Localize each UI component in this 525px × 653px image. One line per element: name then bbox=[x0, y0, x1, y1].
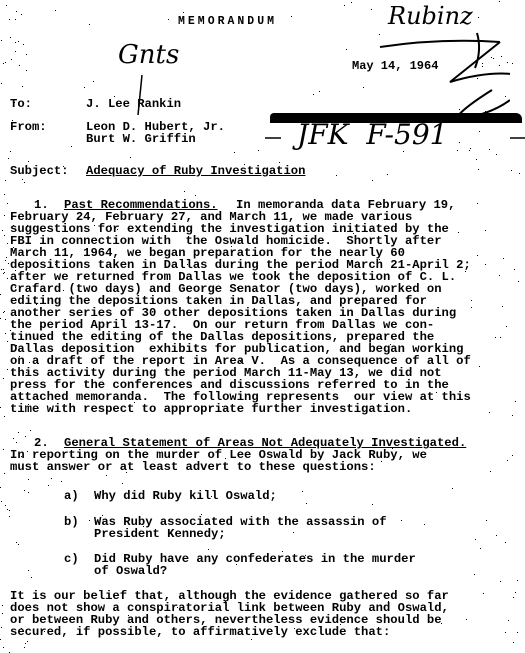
to-label: To: bbox=[10, 98, 32, 110]
noise-speck bbox=[3, 273, 4, 274]
noise-speck bbox=[0, 639, 1, 640]
noise-speck bbox=[5, 260, 6, 261]
noise-speck bbox=[499, 1, 500, 2]
noise-speck bbox=[458, 232, 459, 233]
noise-speck bbox=[4, 215, 5, 216]
noise-speck bbox=[506, 326, 507, 327]
noise-speck bbox=[372, 180, 373, 181]
noise-speck bbox=[244, 164, 245, 165]
noise-speck bbox=[240, 361, 241, 362]
noise-speck bbox=[4, 272, 5, 273]
noise-speck bbox=[490, 471, 491, 472]
noise-speck bbox=[225, 458, 226, 459]
noise-speck bbox=[379, 259, 380, 260]
noise-speck bbox=[401, 520, 402, 521]
from-sender-2: Burt W. Griffin bbox=[86, 133, 196, 145]
noise-speck bbox=[15, 591, 16, 592]
noise-speck bbox=[251, 639, 252, 640]
noise-speck bbox=[128, 615, 129, 616]
noise-speck bbox=[503, 258, 504, 259]
noise-speck bbox=[222, 406, 223, 407]
noise-speck bbox=[282, 551, 283, 552]
noise-speck bbox=[294, 628, 295, 629]
noise-speck bbox=[126, 472, 127, 473]
noise-speck bbox=[363, 87, 364, 88]
noise-speck bbox=[356, 299, 357, 300]
noise-speck bbox=[424, 524, 425, 525]
noise-speck bbox=[293, 532, 294, 533]
noise-speck bbox=[18, 544, 19, 545]
noise-speck bbox=[7, 243, 8, 244]
noise-speck bbox=[7, 278, 8, 279]
noise-speck bbox=[495, 337, 496, 338]
noise-speck bbox=[5, 505, 6, 506]
noise-speck bbox=[482, 66, 483, 67]
noise-speck bbox=[505, 542, 506, 543]
noise-speck bbox=[208, 549, 209, 550]
noise-speck bbox=[19, 356, 20, 357]
noise-speck bbox=[272, 122, 273, 123]
noise-speck bbox=[21, 456, 22, 457]
noise-speck bbox=[3, 269, 4, 270]
noise-speck bbox=[447, 19, 448, 20]
noise-speck bbox=[507, 62, 508, 63]
noise-speck bbox=[379, 34, 380, 35]
noise-speck bbox=[19, 65, 20, 66]
noise-speck bbox=[7, 203, 8, 204]
noise-speck bbox=[28, 570, 29, 571]
noise-speck bbox=[14, 102, 15, 103]
noise-speck bbox=[478, 169, 479, 170]
noise-speck bbox=[6, 257, 7, 258]
file-number-dashes-icon bbox=[265, 133, 525, 143]
subject-label: Subject: bbox=[10, 165, 69, 177]
noise-speck bbox=[23, 295, 24, 296]
noise-speck bbox=[29, 289, 30, 290]
question-b-text: President Kennedy; bbox=[94, 528, 226, 540]
noise-speck bbox=[499, 65, 500, 66]
noise-speck bbox=[505, 632, 506, 633]
noise-speck bbox=[7, 341, 8, 342]
noise-speck bbox=[496, 154, 497, 155]
noise-speck bbox=[55, 10, 56, 11]
noise-speck bbox=[306, 503, 307, 504]
noise-speck bbox=[0, 318, 1, 319]
noise-speck bbox=[477, 203, 478, 204]
noise-speck bbox=[474, 574, 475, 575]
noise-speck bbox=[319, 91, 320, 92]
noise-speck bbox=[491, 57, 492, 58]
noise-speck bbox=[507, 460, 508, 461]
noise-speck bbox=[299, 597, 300, 598]
noise-speck bbox=[313, 94, 314, 95]
noise-speck bbox=[379, 598, 380, 599]
noise-speck bbox=[15, 51, 16, 52]
noise-speck bbox=[0, 294, 1, 295]
closing-line: secured, if possible, to affirmatively e… bbox=[10, 626, 390, 638]
noise-speck bbox=[483, 593, 484, 594]
noise-speck bbox=[353, 233, 354, 234]
noise-speck bbox=[452, 488, 453, 489]
noise-speck bbox=[195, 195, 196, 196]
noise-speck bbox=[517, 632, 518, 633]
question-a-marker: a) bbox=[64, 490, 79, 502]
noise-speck bbox=[24, 490, 25, 491]
noise-speck bbox=[4, 311, 5, 312]
noise-speck bbox=[177, 607, 178, 608]
noise-speck bbox=[6, 5, 7, 6]
noise-speck bbox=[477, 255, 478, 256]
noise-speck bbox=[2, 230, 3, 231]
noise-speck bbox=[130, 157, 131, 158]
subject-text: Adequacy of Ruby Investigation bbox=[86, 165, 305, 177]
noise-speck bbox=[18, 432, 19, 433]
noise-speck bbox=[183, 12, 184, 13]
noise-speck bbox=[110, 225, 111, 226]
noise-speck bbox=[457, 150, 458, 151]
noise-speck bbox=[508, 620, 509, 621]
noise-speck bbox=[36, 304, 37, 305]
noise-speck bbox=[3, 312, 4, 313]
noise-speck bbox=[3, 63, 4, 64]
noise-speck bbox=[511, 170, 512, 171]
noise-speck bbox=[489, 149, 490, 150]
noise-speck bbox=[10, 330, 11, 331]
noise-speck bbox=[8, 263, 9, 264]
noise-speck bbox=[4, 194, 5, 195]
noise-speck bbox=[512, 455, 513, 456]
noise-speck bbox=[381, 461, 382, 462]
noise-speck bbox=[513, 597, 514, 598]
noise-speck bbox=[23, 44, 24, 45]
noise-speck bbox=[5, 319, 6, 320]
noise-speck bbox=[305, 555, 306, 556]
noise-speck bbox=[231, 246, 232, 247]
noise-speck bbox=[302, 491, 303, 492]
noise-speck bbox=[480, 548, 481, 549]
noise-speck bbox=[106, 475, 107, 476]
noise-speck bbox=[476, 159, 477, 160]
noise-speck bbox=[117, 229, 118, 230]
noise-speck bbox=[441, 623, 442, 624]
para1-line: time with respect to appropriate further… bbox=[10, 403, 412, 415]
noise-speck bbox=[30, 430, 31, 431]
noise-speck bbox=[122, 483, 123, 484]
noise-speck bbox=[486, 520, 487, 521]
noise-speck bbox=[9, 510, 10, 511]
noise-speck bbox=[512, 415, 513, 416]
noise-speck bbox=[489, 412, 490, 413]
noise-speck bbox=[2, 613, 3, 614]
noise-speck bbox=[168, 19, 169, 20]
noise-speck bbox=[475, 539, 476, 540]
noise-speck bbox=[436, 392, 437, 393]
noise-speck bbox=[0, 407, 1, 408]
noise-speck bbox=[501, 56, 502, 57]
noise-speck bbox=[4, 416, 5, 417]
noise-speck bbox=[515, 401, 516, 402]
noise-speck bbox=[1, 627, 2, 628]
noise-speck bbox=[31, 577, 32, 578]
noise-speck bbox=[388, 601, 389, 602]
noise-speck bbox=[236, 564, 237, 565]
noise-speck bbox=[471, 300, 472, 301]
to-recipient: J. Lee Rankin bbox=[86, 98, 181, 110]
noise-speck bbox=[237, 287, 238, 288]
noise-speck bbox=[5, 333, 6, 334]
noise-speck bbox=[84, 87, 85, 88]
noise-speck bbox=[1, 501, 2, 502]
noise-speck bbox=[61, 481, 62, 482]
noise-speck bbox=[390, 344, 391, 345]
noise-speck bbox=[225, 601, 226, 602]
noise-speck bbox=[94, 225, 95, 226]
noise-speck bbox=[340, 624, 341, 625]
noise-speck bbox=[2, 605, 3, 606]
noise-speck bbox=[25, 643, 26, 644]
noise-speck bbox=[25, 436, 26, 437]
para2-line: must answer or at least advert to these … bbox=[10, 461, 376, 473]
noise-speck bbox=[346, 49, 347, 50]
noise-speck bbox=[26, 70, 27, 71]
handwritten-initials: Gnts bbox=[118, 40, 179, 70]
noise-speck bbox=[514, 269, 515, 270]
noise-speck bbox=[518, 281, 519, 282]
noise-speck bbox=[466, 619, 467, 620]
noise-speck bbox=[9, 19, 10, 20]
noise-speck bbox=[211, 496, 212, 497]
noise-speck bbox=[22, 179, 23, 180]
noise-speck bbox=[47, 230, 48, 231]
noise-speck bbox=[485, 111, 486, 112]
noise-speck bbox=[372, 504, 373, 505]
noise-speck bbox=[28, 479, 29, 480]
memo-title: MEMORANDUM bbox=[178, 16, 277, 28]
noise-speck bbox=[471, 307, 472, 308]
noise-speck bbox=[7, 509, 8, 510]
noise-speck bbox=[13, 225, 14, 226]
noise-speck bbox=[4, 473, 5, 474]
noise-speck bbox=[488, 121, 489, 122]
noise-speck bbox=[26, 54, 27, 55]
noise-speck bbox=[7, 369, 8, 370]
noise-speck bbox=[24, 182, 25, 183]
noise-speck bbox=[15, 270, 16, 271]
noise-speck bbox=[10, 37, 11, 38]
noise-speck bbox=[0, 487, 1, 488]
noise-speck bbox=[217, 250, 218, 251]
noise-speck bbox=[477, 78, 478, 79]
noise-speck bbox=[371, 9, 372, 10]
from-label: From: bbox=[10, 121, 47, 133]
noise-speck bbox=[336, 175, 337, 176]
noise-speck bbox=[3, 647, 4, 648]
noise-speck bbox=[89, 24, 90, 25]
noise-speck bbox=[512, 63, 513, 64]
noise-speck bbox=[8, 158, 9, 159]
noise-speck bbox=[9, 516, 10, 517]
noise-speck bbox=[76, 323, 77, 324]
noise-speck bbox=[500, 581, 501, 582]
noise-speck bbox=[28, 404, 29, 405]
noise-speck bbox=[55, 264, 56, 265]
noise-speck bbox=[515, 592, 516, 593]
noise-speck bbox=[4, 235, 5, 236]
noise-speck bbox=[134, 402, 135, 403]
question-a-text: Why did Ruby kill Oswald; bbox=[94, 490, 277, 502]
noise-speck bbox=[13, 247, 14, 248]
noise-speck bbox=[470, 148, 471, 149]
noise-speck bbox=[13, 438, 14, 439]
noise-speck bbox=[392, 448, 393, 449]
noise-speck bbox=[485, 264, 486, 265]
noise-speck bbox=[102, 515, 103, 516]
noise-speck bbox=[351, 2, 352, 3]
noise-speck bbox=[459, 109, 460, 110]
noise-speck bbox=[12, 120, 13, 121]
noise-speck bbox=[71, 146, 72, 147]
noise-speck bbox=[16, 442, 17, 443]
noise-speck bbox=[27, 641, 28, 642]
noise-speck bbox=[478, 17, 479, 18]
noise-speck bbox=[502, 306, 503, 307]
noise-speck bbox=[89, 520, 90, 521]
noise-speck bbox=[344, 5, 345, 6]
noise-speck bbox=[24, 647, 25, 648]
question-b-marker: b) bbox=[64, 516, 79, 528]
noise-speck bbox=[499, 275, 500, 276]
noise-speck bbox=[22, 86, 23, 87]
noise-speck bbox=[18, 41, 19, 42]
noise-speck bbox=[27, 451, 28, 452]
noise-speck bbox=[387, 174, 388, 175]
noise-speck bbox=[479, 131, 480, 132]
noise-speck bbox=[1, 40, 2, 41]
noise-speck bbox=[264, 290, 265, 291]
noise-speck bbox=[26, 372, 27, 373]
noise-speck bbox=[476, 41, 477, 42]
noise-speck bbox=[184, 191, 185, 192]
noise-speck bbox=[21, 14, 22, 15]
noise-speck bbox=[519, 173, 520, 174]
noise-speck bbox=[143, 526, 144, 527]
noise-speck bbox=[187, 264, 188, 265]
noise-speck bbox=[27, 225, 28, 226]
noise-speck bbox=[28, 161, 29, 162]
noise-speck bbox=[403, 151, 404, 152]
noise-speck bbox=[459, 142, 460, 143]
noise-speck bbox=[63, 290, 64, 291]
noise-speck bbox=[485, 230, 486, 231]
noise-speck bbox=[44, 631, 45, 632]
question-c-marker: c) bbox=[64, 553, 79, 565]
noise-speck bbox=[291, 16, 292, 17]
noise-speck bbox=[5, 62, 6, 63]
noise-speck bbox=[234, 152, 235, 153]
noise-speck bbox=[3, 449, 4, 450]
noise-speck bbox=[99, 274, 100, 275]
noise-speck bbox=[15, 287, 16, 288]
noise-speck bbox=[496, 535, 497, 536]
noise-speck bbox=[505, 96, 506, 97]
noise-speck bbox=[48, 485, 49, 486]
noise-speck bbox=[16, 345, 17, 346]
noise-speck bbox=[513, 642, 514, 643]
noise-speck bbox=[279, 162, 280, 163]
noise-speck bbox=[15, 19, 16, 20]
noise-speck bbox=[63, 166, 64, 167]
noise-speck bbox=[482, 63, 483, 64]
noise-speck bbox=[465, 271, 466, 272]
noise-speck bbox=[493, 58, 494, 59]
noise-speck bbox=[500, 337, 501, 338]
noise-speck bbox=[15, 42, 16, 43]
noise-speck bbox=[51, 478, 52, 479]
noise-speck bbox=[29, 362, 30, 363]
noise-speck bbox=[93, 81, 94, 82]
noise-speck bbox=[40, 326, 41, 327]
noise-speck bbox=[201, 514, 202, 515]
noise-speck bbox=[469, 150, 470, 151]
noise-speck bbox=[3, 378, 4, 379]
memo-page: MEMORANDUM May 14, 1964 Rubinz Gnts To: … bbox=[0, 0, 525, 653]
noise-speck bbox=[21, 628, 22, 629]
noise-speck bbox=[62, 464, 63, 465]
noise-speck bbox=[258, 150, 259, 151]
noise-speck bbox=[28, 492, 29, 493]
noise-speck bbox=[114, 96, 115, 97]
noise-speck bbox=[1, 83, 2, 84]
noise-speck bbox=[10, 151, 11, 152]
noise-speck bbox=[5, 180, 6, 181]
handwritten-annotation-top-right: Rubinz bbox=[388, 2, 473, 30]
noise-speck bbox=[11, 59, 12, 60]
noise-speck bbox=[175, 219, 176, 220]
noise-speck bbox=[205, 490, 206, 491]
noise-speck bbox=[479, 366, 480, 367]
question-c-text: of Oswald? bbox=[94, 565, 167, 577]
noise-speck bbox=[16, 11, 17, 12]
noise-speck bbox=[265, 521, 266, 522]
noise-speck bbox=[517, 580, 518, 581]
